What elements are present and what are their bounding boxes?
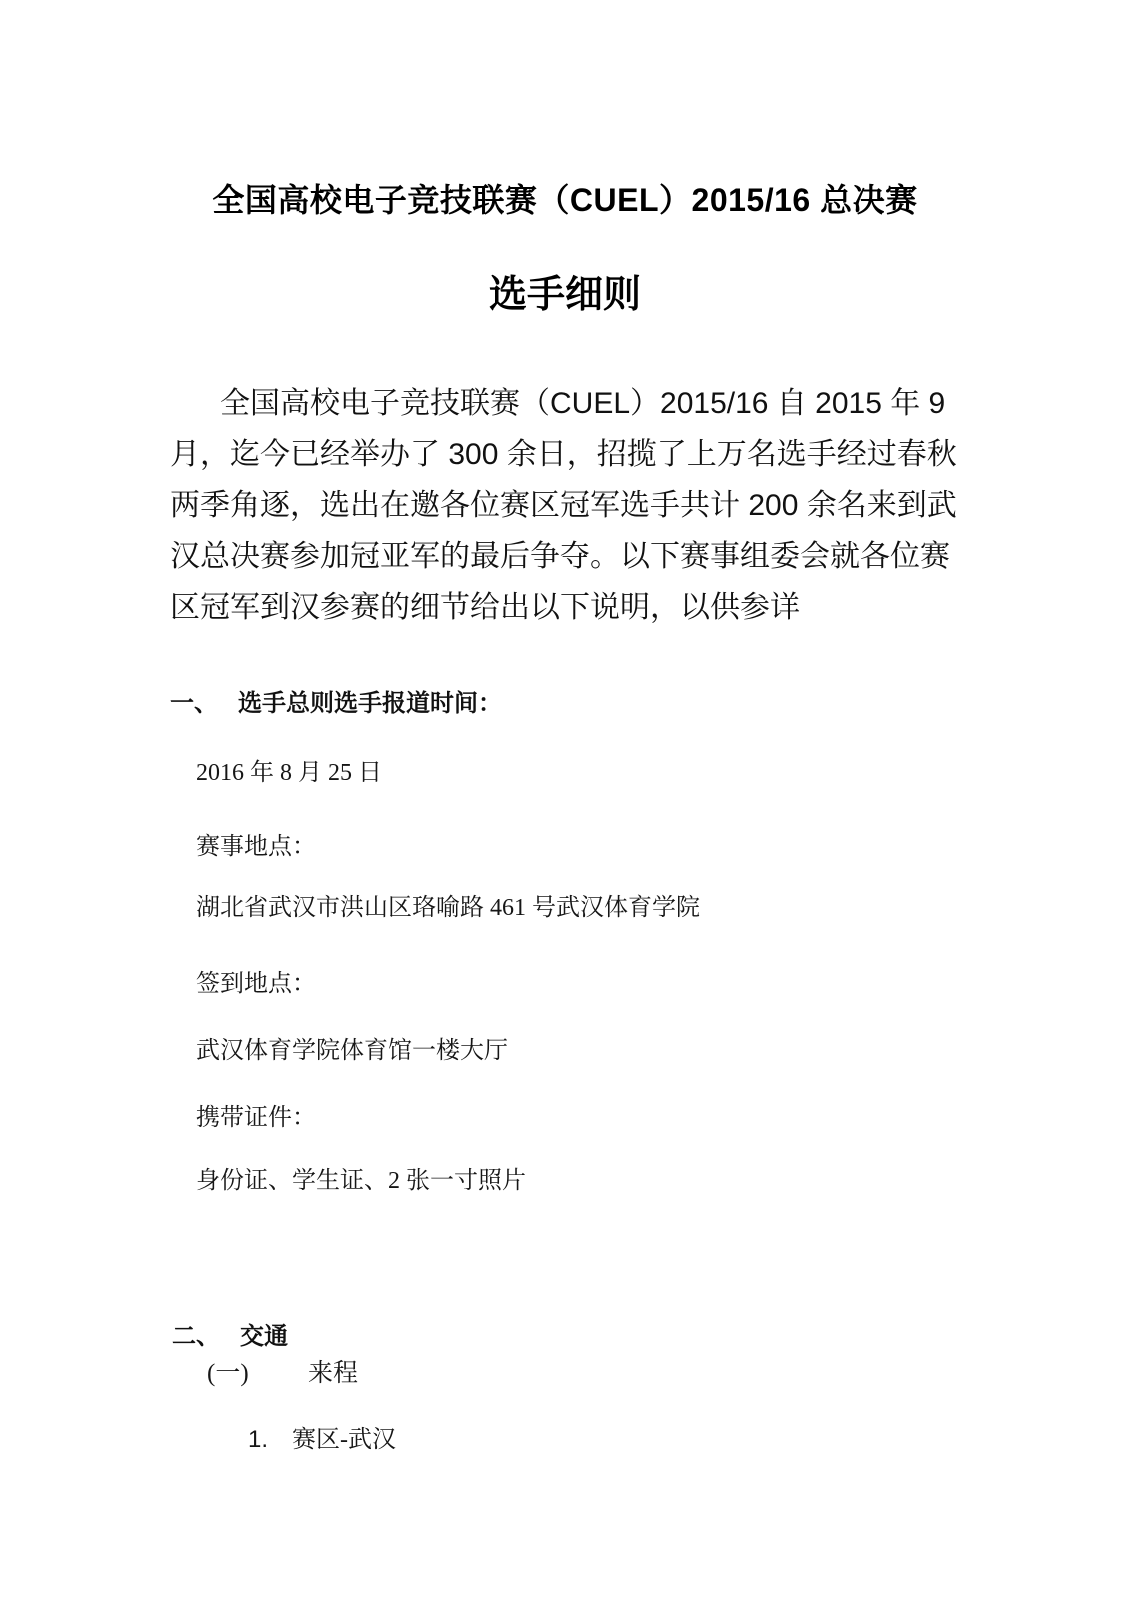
section2-number: 二、 [172,1322,240,1353]
section2-sub-number: (一) [207,1358,308,1390]
section1-item-date: 2016 年 8 月 25 日 [196,758,382,789]
section2-list-item-number: 1. [248,1424,292,1455]
section2-heading-text: 交通 [240,1324,288,1350]
section2-list-item: 1.赛区-武汉 [248,1424,396,1456]
document-page: 全国高校电子竞技联赛（CUEL）2015/16 总决赛 选手细则 全国高校电子竞… [0,0,1130,1600]
section1-number: 一、 [170,689,238,720]
section1-item-documents-label: 携带证件： [196,1103,316,1134]
document-subtitle: 选手细则 [0,272,1130,318]
section1-heading-text: 选手总则选手报道时间： [238,691,502,717]
intro-line: 全国高校电子竞技联赛（CUEL）2015/16 自 2015 年 9 [170,378,970,429]
section1-item-checkin-address: 武汉体育学院体育馆一楼大厅 [196,1036,508,1067]
intro-line: 两季角逐，选出在邀各位赛区冠军选手共计 200 余名来到武 [170,480,970,531]
intro-line: 月，迄今已经举办了 300 余日，招揽了上万名选手经过春秋 [170,429,970,480]
section1-heading: 一、选手总则选手报道时间： [170,689,502,720]
section2-sub-label: 来程 [308,1360,358,1387]
section2-list-item-label: 赛区-武汉 [292,1427,396,1453]
intro-paragraph: 全国高校电子竞技联赛（CUEL）2015/16 自 2015 年 9 月，迄今已… [170,378,970,633]
intro-line: 汉总决赛参加冠亚军的最后争夺。以下赛事组委会就各位赛 [170,531,970,582]
section2-heading: 二、交通 [172,1322,288,1353]
section1-item-documents-list: 身份证、学生证、2 张一寸照片 [196,1166,526,1197]
document-title: 全国高校电子竞技联赛（CUEL）2015/16 总决赛 [0,180,1130,220]
section1-item-venue-label: 赛事地点： [196,832,316,863]
section2-subheading: (一)来程 [207,1358,358,1390]
section1-item-checkin-label: 签到地点： [196,969,316,1000]
intro-line: 区冠军到汉参赛的细节给出以下说明，以供参详 [170,582,970,633]
section1-item-venue-address: 湖北省武汉市洪山区珞喻路 461 号武汉体育学院 [196,893,700,924]
